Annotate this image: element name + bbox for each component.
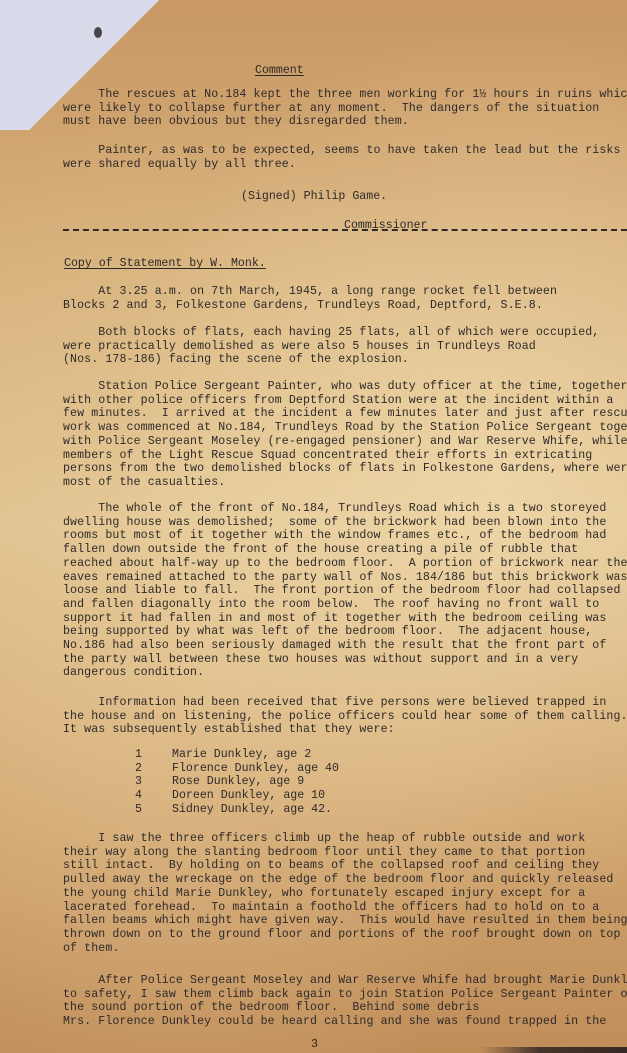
list-item-text: Doreen Dunkley, age 10: [172, 789, 325, 803]
comment-heading: Comment: [255, 64, 304, 77]
list-item: 4Doreen Dunkley, age 10: [135, 789, 339, 803]
list-item-number: 3: [135, 775, 172, 789]
trapped-persons-list: 1Marie Dunkley, age 22Florence Dunkley, …: [135, 748, 339, 817]
statement-paragraph-7: After Police Sergeant Moseley and War Re…: [63, 974, 627, 1029]
list-item-text: Sidney Dunkley, age 42.: [172, 803, 332, 817]
list-item: 3Rose Dunkley, age 9: [135, 775, 339, 789]
statement-paragraph-1: At 3.25 a.m. on 7th March, 1945, a long …: [63, 285, 557, 312]
list-item-text: Florence Dunkley, age 40: [172, 762, 339, 776]
dashed-divider: [63, 229, 627, 231]
statement-paragraph-5: Information had been received that five …: [63, 696, 627, 737]
comment-paragraph-1: The rescues at No.184 kept the three men…: [63, 88, 627, 129]
list-item: 2Florence Dunkley, age 40: [135, 762, 339, 776]
list-item-number: 5: [135, 803, 172, 817]
statement-paragraph-3: Station Police Sergeant Painter, who was…: [63, 380, 627, 490]
list-item-number: 4: [135, 789, 172, 803]
list-item: 5Sidney Dunkley, age 42.: [135, 803, 339, 817]
statement-paragraph-4: The whole of the front of No.184, Trundl…: [63, 502, 627, 680]
page-edge-shadow: [480, 1047, 627, 1053]
list-item: 1Marie Dunkley, age 2: [135, 748, 339, 762]
list-item-text: Rose Dunkley, age 9: [172, 775, 304, 789]
list-item-number: 1: [135, 748, 172, 762]
punch-hole: [94, 27, 102, 38]
signature: (Signed) Philip Game.: [241, 190, 387, 203]
list-item-number: 2: [135, 762, 172, 776]
list-item-text: Marie Dunkley, age 2: [172, 748, 311, 762]
page-number: 3: [311, 1038, 318, 1051]
statement-heading: Copy of Statement by W. Monk.: [64, 257, 266, 270]
statement-paragraph-2: Both blocks of flats, each having 25 fla…: [63, 326, 599, 367]
comment-paragraph-2: Painter, as was to be expected, seems to…: [63, 144, 621, 171]
statement-paragraph-6: I saw the three officers climb up the he…: [63, 832, 627, 955]
